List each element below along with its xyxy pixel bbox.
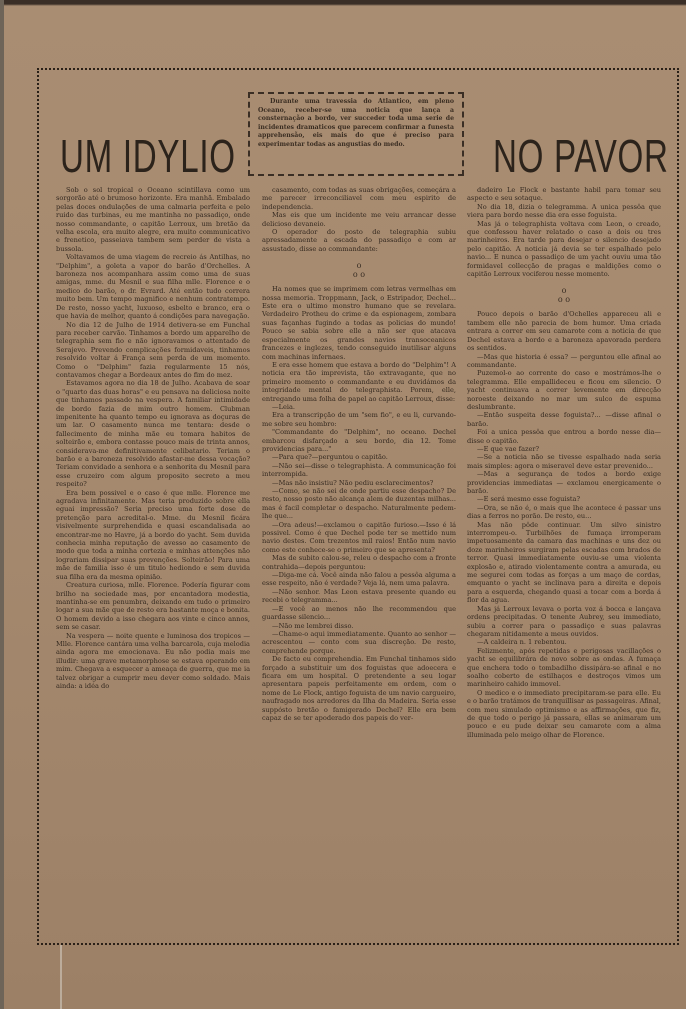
paragraph: E era esse homem que estava a bordo do "… — [262, 361, 456, 403]
ornament-top: o — [467, 286, 661, 295]
headline-right: NO PAVOR — [493, 133, 669, 179]
column-1: Sob o sol tropical o Oceano scintillava … — [56, 186, 250, 690]
paragraph: —Para que?—perguntou o capitão. — [262, 453, 456, 461]
paragraph: Mas de subito calou-se, releu o despacho… — [262, 554, 456, 571]
paragraph: —Ora adeus!—exclamou o capitão furioso.—… — [262, 521, 456, 555]
ornament-top: o — [262, 261, 456, 270]
paragraph: dadeiro Le Flock e bastante habil para t… — [467, 186, 661, 203]
paragraph: casamento, com todas as suas obrigações,… — [262, 186, 456, 211]
paragraph: Creatura curiosa, mlle. Florence. Poderí… — [56, 581, 250, 631]
paragraph: —Não me lembrei disso. — [262, 622, 456, 630]
paragraph: Foi a unica pessôa que entrou a bordo ne… — [467, 428, 661, 445]
paragraph: —Mas que historia é essa? — perguntou el… — [467, 353, 661, 370]
paragraph: No dia 12 de Julho de 1914 detivera-se e… — [56, 321, 250, 380]
paragraph: —Mas não insistiu? Não pediu esclarecime… — [262, 479, 456, 487]
paragraph: De facto eu comprehendia. Em Funchal tin… — [262, 655, 456, 722]
paragraph: —Se a noticia não se tivesse espalhado n… — [467, 453, 661, 470]
paragraph: Ha nomes que se imprimem com letras verm… — [262, 285, 456, 361]
paper-crease — [60, 945, 62, 1009]
section-ornament: oo o — [262, 261, 456, 279]
paragraph: Pouco depois o barão d'Ochelles apparece… — [467, 310, 661, 352]
paragraph: —E será mesmo esse foguista? — [467, 495, 661, 503]
paragraph: —Então suspeita desse foguista?... —diss… — [467, 411, 661, 428]
section-ornament: oo o — [467, 286, 661, 304]
paragraph: No dia 18, dizia o telegramma. A unica p… — [467, 203, 661, 220]
paragraph: O medico e o immediato precipitaram-se p… — [467, 689, 661, 739]
paragraph: Mas já o telegraphista voltava com Leon,… — [467, 220, 661, 279]
paragraph: Estavamos agora no dia 18 de Julho. Acab… — [56, 379, 250, 488]
paragraph: Felizmente, após repetidas e perigosas v… — [467, 647, 661, 689]
paragraph: —Diga-me cá. Você ainda não falou a pess… — [262, 571, 456, 588]
paragraph: "Commandante do "Delphim", no oceano. De… — [262, 428, 456, 453]
intro-box: Durante uma travessia do Atlantico, em p… — [248, 92, 464, 176]
column-2: casamento, com todas as suas obrigações,… — [262, 186, 456, 722]
paragraph: —Mas a segurança de todos a bordo exige … — [467, 470, 661, 495]
ornament-bottom: o o — [262, 270, 456, 279]
paragraph: —A caldeira n. 1 rebentou. — [467, 638, 661, 646]
paragraph: —Chame-o aqui immediatamente. Quanto ao … — [262, 630, 456, 655]
paragraph: Mas eis que um incidente me veiu arranca… — [262, 211, 456, 228]
paragraph: —Não sei—disse o telegraphista. A commun… — [262, 462, 456, 479]
paragraph: Mas já Lerroux levava o porta voz á bocc… — [467, 605, 661, 639]
paragraph: Sob o sol tropical o Oceano scintillava … — [56, 186, 250, 253]
paragraph: Voltavamos de uma viagem de recreio ás A… — [56, 253, 250, 320]
paragraph: Na vespera — noite quente e luminosa dos… — [56, 632, 250, 691]
column-3: dadeiro Le Flock e bastante habil para t… — [467, 186, 661, 739]
page-edge — [0, 0, 4, 1009]
paragraph: O operador do posto de telegraphia subiu… — [262, 228, 456, 253]
ornament-bottom: o o — [467, 295, 661, 304]
paragraph: —Como, se não sei de onde partiu esse de… — [262, 487, 456, 521]
headline-left: UM IDYLIO — [60, 133, 236, 179]
paragraph: Era a transcripção de um "sem fio", e eu… — [262, 411, 456, 428]
paragraph: Era bem possivel e o caso é que mlle. Fl… — [56, 489, 250, 581]
paragraph: —E que vae fazer? — [467, 445, 661, 453]
paragraph: Puzemol-o ao corrente do caso e mostrámo… — [467, 369, 661, 411]
paragraph: —Não senhor. Mas Leon estava presente qu… — [262, 588, 456, 605]
paragraph: —E você ao menos não lhe recommendou que… — [262, 605, 456, 622]
paragraph: Mas não pôde continuar. Um silvo sinistr… — [467, 521, 661, 605]
paragraph: —Leia. — [262, 403, 456, 411]
paragraph: —Ora, se não é, o mais que lhe acontece … — [467, 504, 661, 521]
